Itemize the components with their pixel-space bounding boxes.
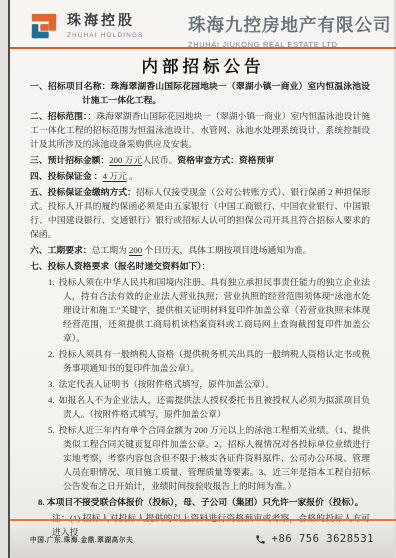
sub-item-2: 2.投标人须具有一般纳税人资格（提供税务机关出具的一般纳税人资格认定书或税务事项…	[30, 347, 370, 375]
scan-edge-strip	[0, 0, 8, 558]
item-3: 三、预计招标金额：200 万元人民币。资格审查方式：资格预审	[30, 153, 370, 167]
item-6: 六、工期要求：总工期为 200 个日历天，具体工期按项目进场通知为准。	[30, 243, 370, 257]
phone-icon	[255, 534, 266, 545]
company-name-cn: 珠海九控房地产有限公司	[188, 12, 392, 37]
page-title: 内部招标公告	[10, 53, 396, 77]
zhuhai-holdings-logo-icon	[28, 11, 60, 41]
company-name-block: 珠海九控房地产有限公司 ZHUHAI JIUKONG REAL ESTATE L…	[188, 12, 392, 49]
sub-item-5: 5.投标人近三年内有单个合同金额为 200 万元以上的泳池工程相关业绩。（1、提…	[30, 423, 370, 493]
scanned-document-page: 珠海控股 ZHUHAI HOLDINGS 珠海九控房地产有限公司 ZHUHAI …	[0, 0, 396, 558]
logo-brand-en: ZHUHAI HOLDINGS	[67, 32, 144, 39]
item-7: 七、投标人资格要求（报名时递交资料如下）：	[30, 259, 370, 273]
footer-divider	[10, 519, 396, 521]
footer-phone-number: +86 756 3628531	[272, 533, 374, 545]
footer-address: 中国.广东.珠海.金鼎.翠湖高尔夫	[30, 534, 133, 544]
header-divider	[10, 47, 396, 49]
item-4: 四、投标保证金 ：4 万元 。	[30, 169, 370, 183]
document-body: 一、招标项目名称：珠海翠湖香山国际花园地块一（翠湖小镇一商业）室内恒温泳池设计施…	[30, 79, 370, 541]
item-5: 五、投标保证金缴纳方式：招标人仅接受现金（公对公转账方式）、银行保函 2 种担保…	[30, 185, 370, 241]
footer-phone: +86 756 3628531	[255, 533, 374, 545]
sub-item-1: 1.投标人须在中华人民共和国境内注册、具有独立承担民事责任能力的独立企业法人，持…	[30, 275, 370, 345]
item-8: 8. 本项目不接受联合体报价（投标），母、子公司（集团）只允许一家报价（投标）。	[30, 495, 370, 509]
item-2: 二、招标范围：：珠海翠湖香山国际花园地块一（翠湖小镇一商业）室内恒温泳池设计施工…	[30, 109, 370, 151]
logo-brand-cn: 珠海控股	[67, 14, 144, 30]
sub-item-4: 4.如报名人不为企业法人，还需提供法人授权委托书且被授权人必须为拟派项目负责人。…	[30, 393, 370, 421]
sub-item-3: 3.法定代表人证明书（按附件格式填写，原件加盖公章）。	[30, 377, 370, 391]
scan-edge-line	[8, 0, 10, 558]
zhuhai-holdings-logo: 珠海控股 ZHUHAI HOLDINGS	[28, 11, 144, 41]
item-1: 一、招标项目名称：珠海翠湖香山国际花园地块一（翠湖小镇一商业）室内恒温泳池设计施…	[30, 79, 370, 107]
footer: 中国.广东.珠海.金鼎.翠湖高尔夫 +86 756 3628531	[30, 527, 374, 551]
